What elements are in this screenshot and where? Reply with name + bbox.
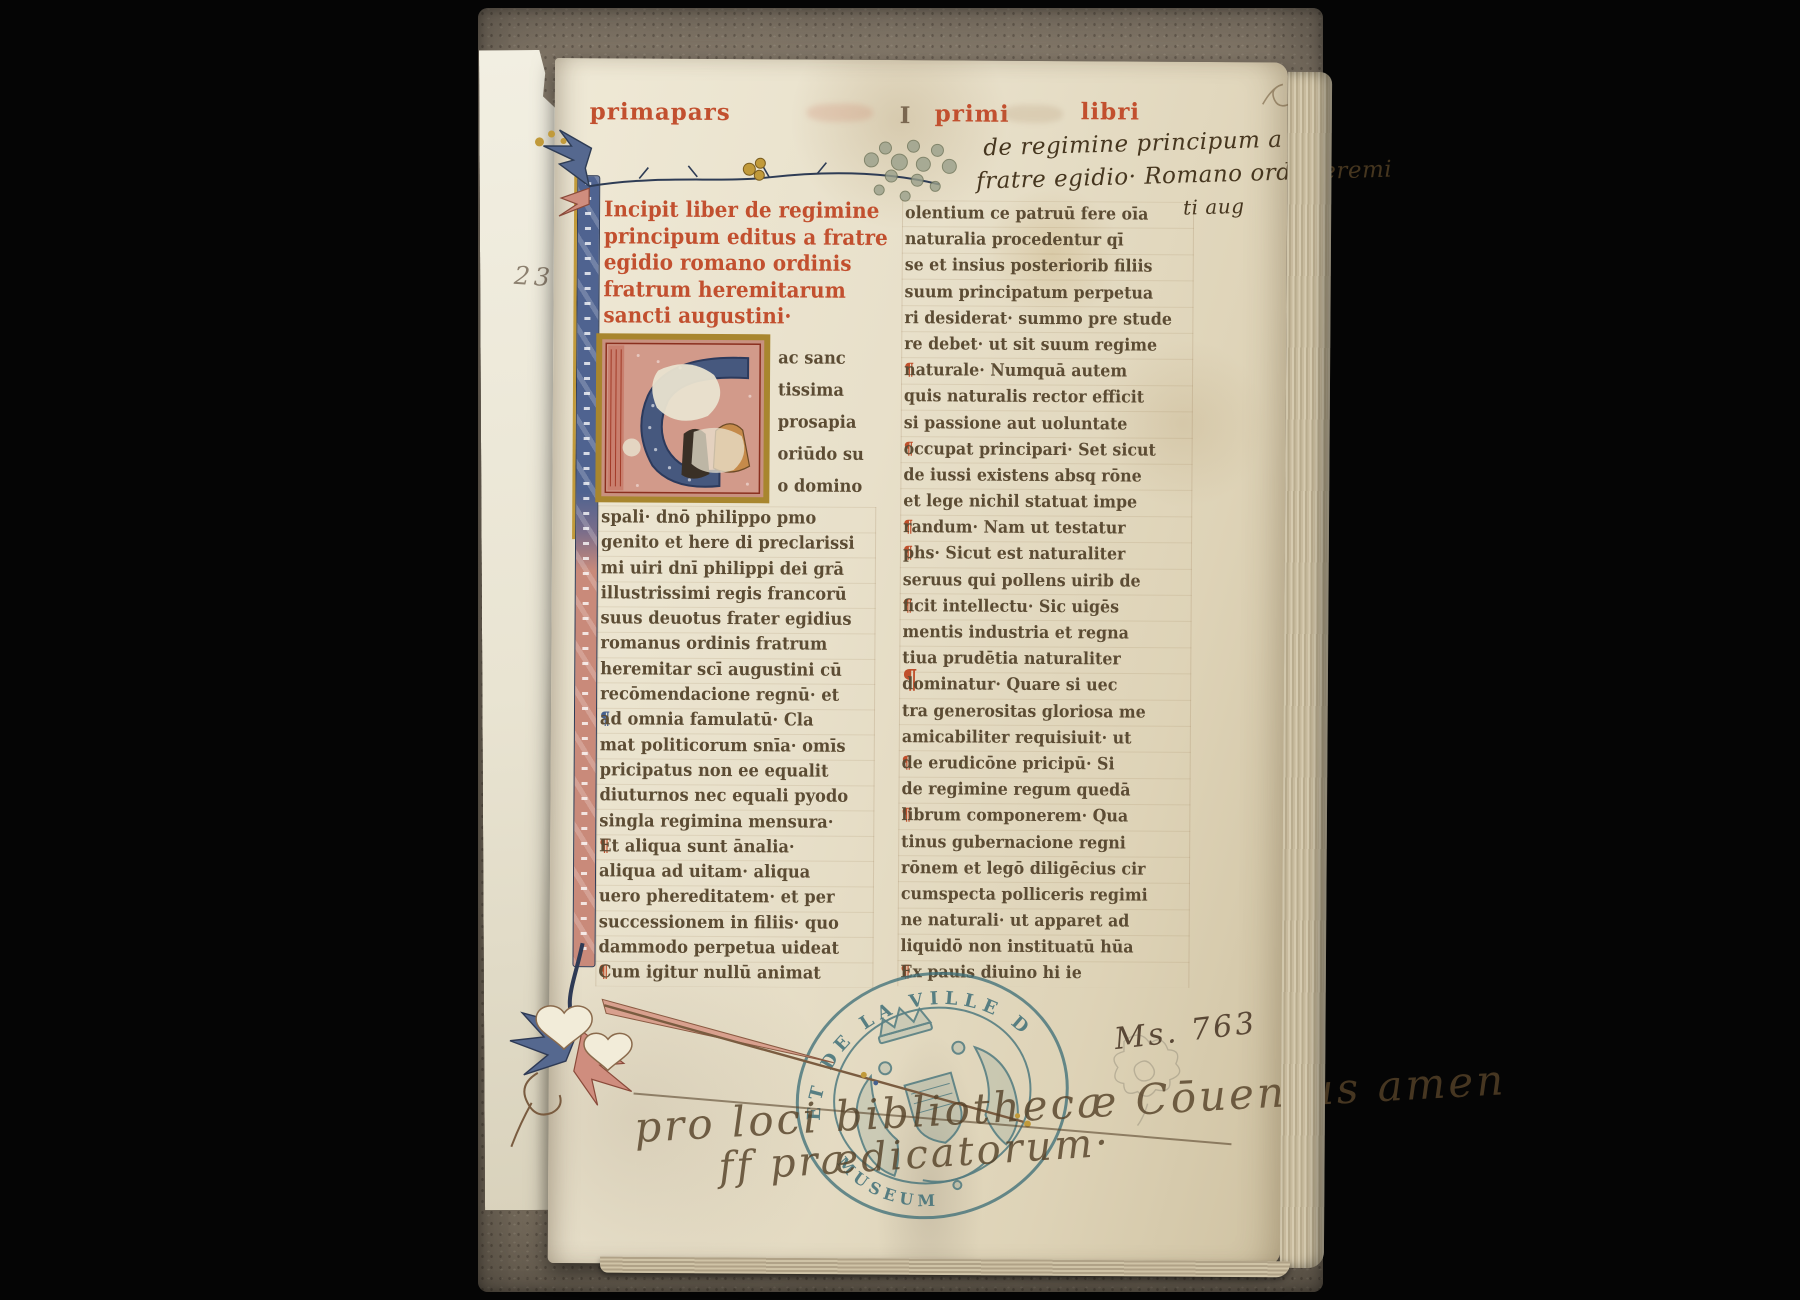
text-line: tissima	[778, 374, 867, 407]
text-line: fratrum heremitarum	[604, 277, 855, 305]
text-line: tinus gubernacione regni	[901, 829, 1167, 857]
folio-numeral: I	[900, 102, 912, 129]
text-line: rōnem et legō diligēcius cir	[901, 855, 1167, 883]
text-line: ¶dominatur· Quare si uec	[902, 672, 1168, 700]
text-line: o domino	[777, 470, 866, 503]
text-line: recōmendacione regnū· et	[600, 682, 853, 709]
running-header-pars: pars	[671, 99, 731, 126]
text-line: se et insius posteriorib filiis	[905, 253, 1171, 281]
manuscript-page: prima pars I primi libri de regimine pri…	[548, 58, 1288, 1267]
text-line: quis naturalis rector efficit	[904, 383, 1170, 411]
text-line: ¶Et aliqua sunt ānalia·	[599, 834, 852, 861]
text-line: mi uiri dnī philippi dei grā	[601, 556, 854, 583]
text-line: aliqua ad uitam· aliqua	[599, 859, 852, 886]
text-line: tra generositas gloriosa me	[902, 698, 1168, 726]
erased-header-smear	[1003, 105, 1063, 123]
text-line: amicabiliter requisiuit· ut	[902, 724, 1168, 752]
running-header-primi: primi	[935, 100, 1010, 127]
photograph-of-manuscript: 23 prima pars I primi libri de regimine …	[0, 0, 1800, 1300]
text-line: ¶naturale· Numquā autem	[904, 357, 1170, 385]
text-line: ri desiderat· summo pre stude	[904, 305, 1170, 333]
text-line: illustrissimi regis francorū	[601, 581, 854, 608]
running-header-libri: libri	[1081, 98, 1141, 125]
text-line: ¶randum· Nam ut testatur	[903, 514, 1169, 542]
text-line: romanus ordinis fratrum	[600, 632, 853, 659]
text-line: et lege nichil statuat impe	[903, 488, 1169, 516]
text-line: tiua prudētia naturaliter	[902, 645, 1168, 673]
text-line: egidio romano ordinis	[604, 250, 855, 278]
text-line: singla regimina mensura·	[599, 809, 852, 836]
text-line: seruus qui pollens uirib de	[903, 567, 1169, 595]
text-line: pricipatus non ee equalit	[600, 758, 853, 785]
text-line: olentium ce patruū fere oīa	[905, 200, 1171, 228]
text-line: ¶librum componerem· Qua	[901, 802, 1167, 830]
text-line: mat politicorum snīa· omīs	[600, 733, 853, 760]
text-line: diuturnos nec equali pyodo	[599, 784, 852, 811]
running-header-prima: prima	[590, 98, 671, 125]
book-fore-edge-pages	[1280, 72, 1332, 1268]
text-line: Incipit liber de regimine	[604, 197, 855, 225]
text-line: ¶phs· Sicut est naturaliter	[903, 541, 1169, 569]
text-line: heremitar scī augustini cū	[600, 657, 853, 684]
text-line: principum editus a fratre	[604, 224, 855, 252]
right-column-body: olentium ce patruū fere oīanaturalia pro…	[897, 200, 1194, 987]
text-line: de iussi existens absq rōne	[903, 462, 1169, 490]
beside-initial-block: ac sanctissimaprosapiaoriūdo suo domino	[777, 342, 873, 503]
text-line: spali· dnō philippo pmo	[601, 505, 854, 532]
erased-header-smear	[807, 104, 873, 122]
text-line: ¶ad omnia famulatū· Cla	[600, 708, 853, 735]
text-line: cumspecta polliceris regimi	[901, 881, 1167, 909]
text-line: ac sanc	[778, 342, 867, 375]
text-line: ¶ficit intellectu· Sic uigēs	[903, 593, 1169, 621]
pencil-folio-number: 23	[513, 261, 555, 293]
text-line: naturalia procedentur qī	[905, 226, 1171, 254]
text-line: re debet· ut sit suum regime	[904, 331, 1170, 359]
rubric-block: Incipit liber de regimineprincipum editu…	[603, 197, 874, 332]
text-line: mentis industria et regna	[902, 619, 1168, 647]
text-line: sancti augustini·	[603, 304, 854, 332]
text-line: suum principatum perpetua	[904, 279, 1170, 307]
text-line: oriūdo su	[777, 438, 866, 471]
left-column-body: spali· dnō philippo pmogenito et here di…	[595, 505, 876, 987]
text-line: ¶de erudicōne pricipū· Si	[902, 750, 1168, 778]
text-line: si passione aut uoluntate	[904, 410, 1170, 438]
text-line: suus deuotus frater egidius	[600, 606, 853, 633]
text-line: uero phereditatem· et per	[599, 885, 852, 912]
text-line: successionem in filiis· quo	[599, 910, 852, 937]
text-line: ¶occupat principari· Set sicut	[904, 436, 1170, 464]
text-line: genito et here di preclarissi	[601, 531, 854, 558]
text-line: prosapia	[778, 406, 867, 439]
text-line: de regimine regum quedā	[901, 776, 1167, 804]
illuminated-initial-miniature	[597, 335, 768, 501]
